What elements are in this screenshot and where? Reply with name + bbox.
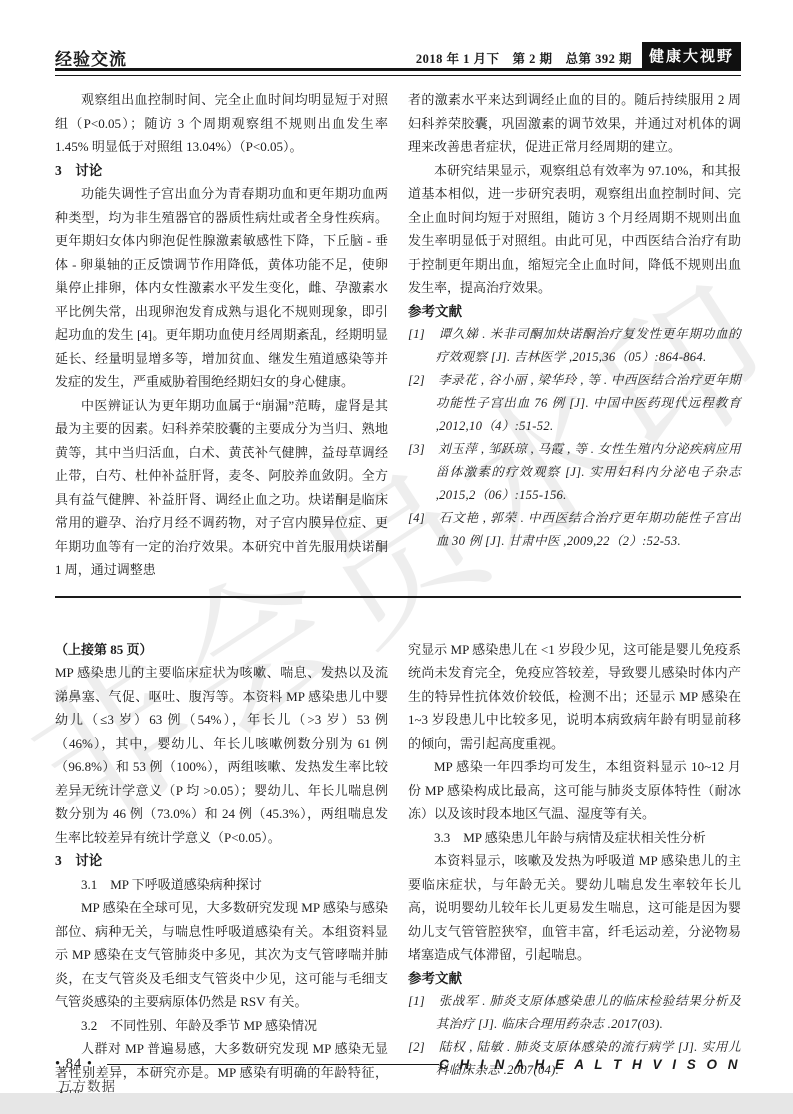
page-footer: • 84 • C H I N A H E A L T H V I S O N [55, 1056, 741, 1073]
article2-right-column: 究显示 MP 感染患儿在 <1 岁段少见，这可能是婴儿免疫系统尚未发育完全，免疫… [408, 638, 741, 1108]
footer-rule [107, 1064, 439, 1065]
journal-title-badge: 健康大视野 [642, 42, 741, 70]
subsection-heading-3-1: 3.1 MP 下呼吸道感染病种探讨 [55, 873, 388, 897]
page-header: 经验交流 2018 年 1 月下 第 2 期 总第 392 期 健康大视野 [55, 42, 741, 70]
wanfang-data-watermark: 万方数据 [58, 1075, 116, 1095]
journal-name-english: C H I N A H E A L T H V I S O N [439, 1057, 741, 1072]
paragraph: 者的激素水平来达到调经止血的目的。随后持续服用 2 周妇科养荣胶囊，巩固激素的调… [408, 88, 741, 159]
reference-item: [4] 石文艳 , 郭荣 . 中西医结合治疗更年期功能性子宫出血 30 例 [J… [408, 507, 741, 553]
article2: （上接第 85 页） MP 感染患儿的主要临床症状为咳嗽、喘息、发热以及流涕鼻塞… [55, 638, 741, 1108]
column-section-label: 经验交流 [55, 45, 127, 70]
subsection-heading-3-3: 3.3 MP 感染患儿年龄与病情及症状相关性分析 [408, 826, 741, 850]
issue-info: 2018 年 1 月下 第 2 期 总第 392 期 [416, 49, 632, 70]
reference-item: [2] 李录花 , 谷小丽 , 梁华玲 , 等 . 中西医结合治疗更年期功能性子… [408, 369, 741, 438]
section-heading-discussion: 3 讨论 [55, 849, 388, 873]
paragraph: MP 感染患儿的主要临床症状为咳嗽、喘息、发热以及流涕鼻塞、气促、呕吐、腹泻等。… [55, 661, 388, 849]
subsection-heading-3-2: 3.2 不同性别、年龄及季节 MP 感染情况 [55, 1014, 388, 1038]
paragraph: 观察组出血控制时间、完全止血时间均明显短于对照组（P<0.05）；随访 3 个周… [55, 88, 388, 159]
paragraph: 中医辨证认为更年期功血属于“崩漏”范畴，虚肾是其最为主要的因素。妇科养荣胶囊的主… [55, 394, 388, 582]
page-number: • 84 • [55, 1056, 93, 1073]
paragraph: 本资料显示，咳嗽及发热为呼吸道 MP 感染患儿的主要临床症状，与年龄无关。婴幼儿… [408, 849, 741, 967]
reference-item: [3] 刘玉萍 , 邹跃琼 , 马霞 , 等 . 女性生殖内分泌疾病应用甾体激素… [408, 438, 741, 507]
paragraph: 功能失调性子宫出血分为青春期功血和更年期功血两种类型，均为非生殖器官的器质性病灶… [55, 182, 388, 394]
continued-from-note: （上接第 85 页） [55, 638, 388, 662]
reference-item: [1] 张战军 . 肺炎支原体感染患儿的临床检验结果分析及其治疗 [J]. 临床… [408, 990, 741, 1036]
paragraph: 本研究结果显示，观察组总有效率为 97.10%，和其报道基本相似，进一步研究表明… [408, 159, 741, 300]
article1-left-column: 观察组出血控制时间、完全止血时间均明显短于对照组（P<0.05）；随访 3 个周… [55, 88, 388, 582]
references-heading: 参考文献 [408, 967, 741, 991]
paragraph: MP 感染在全球可见，大多数研究发现 MP 感染与感染部位、病种无关，与喘息性呼… [55, 896, 388, 1014]
article-divider-rule [55, 596, 741, 598]
paragraph: MP 感染一年四季均可发生，本组资料显示 10~12 月份 MP 感染构成比最高… [408, 755, 741, 826]
section-heading-discussion: 3 讨论 [55, 159, 388, 183]
scan-edge-strip [0, 1093, 793, 1114]
references-heading: 参考文献 [408, 300, 741, 324]
article2-left-column: （上接第 85 页） MP 感染患儿的主要临床症状为咳嗽、喘息、发热以及流涕鼻塞… [55, 638, 388, 1108]
paragraph: 究显示 MP 感染患儿在 <1 岁段少见，这可能是婴儿免疫系统尚未发育完全，免疫… [408, 638, 741, 756]
article1-right-column: 者的激素水平来达到调经止血的目的。随后持续服用 2 周妇科养荣胶囊，巩固激素的调… [408, 88, 741, 582]
reference-item: [1] 谭久娣 . 米非司酮加炔诺酮治疗复发性更年期功血的疗效观察 [J]. 吉… [408, 323, 741, 369]
page-content: 观察组出血控制时间、完全止血时间均明显短于对照组（P<0.05）；随访 3 个周… [55, 88, 741, 1108]
article1: 观察组出血控制时间、完全止血时间均明显短于对照组（P<0.05）；随访 3 个周… [55, 88, 741, 582]
journal-page: 非会员水印 经验交流 2018 年 1 月下 第 2 期 总第 392 期 健康… [0, 0, 793, 1114]
